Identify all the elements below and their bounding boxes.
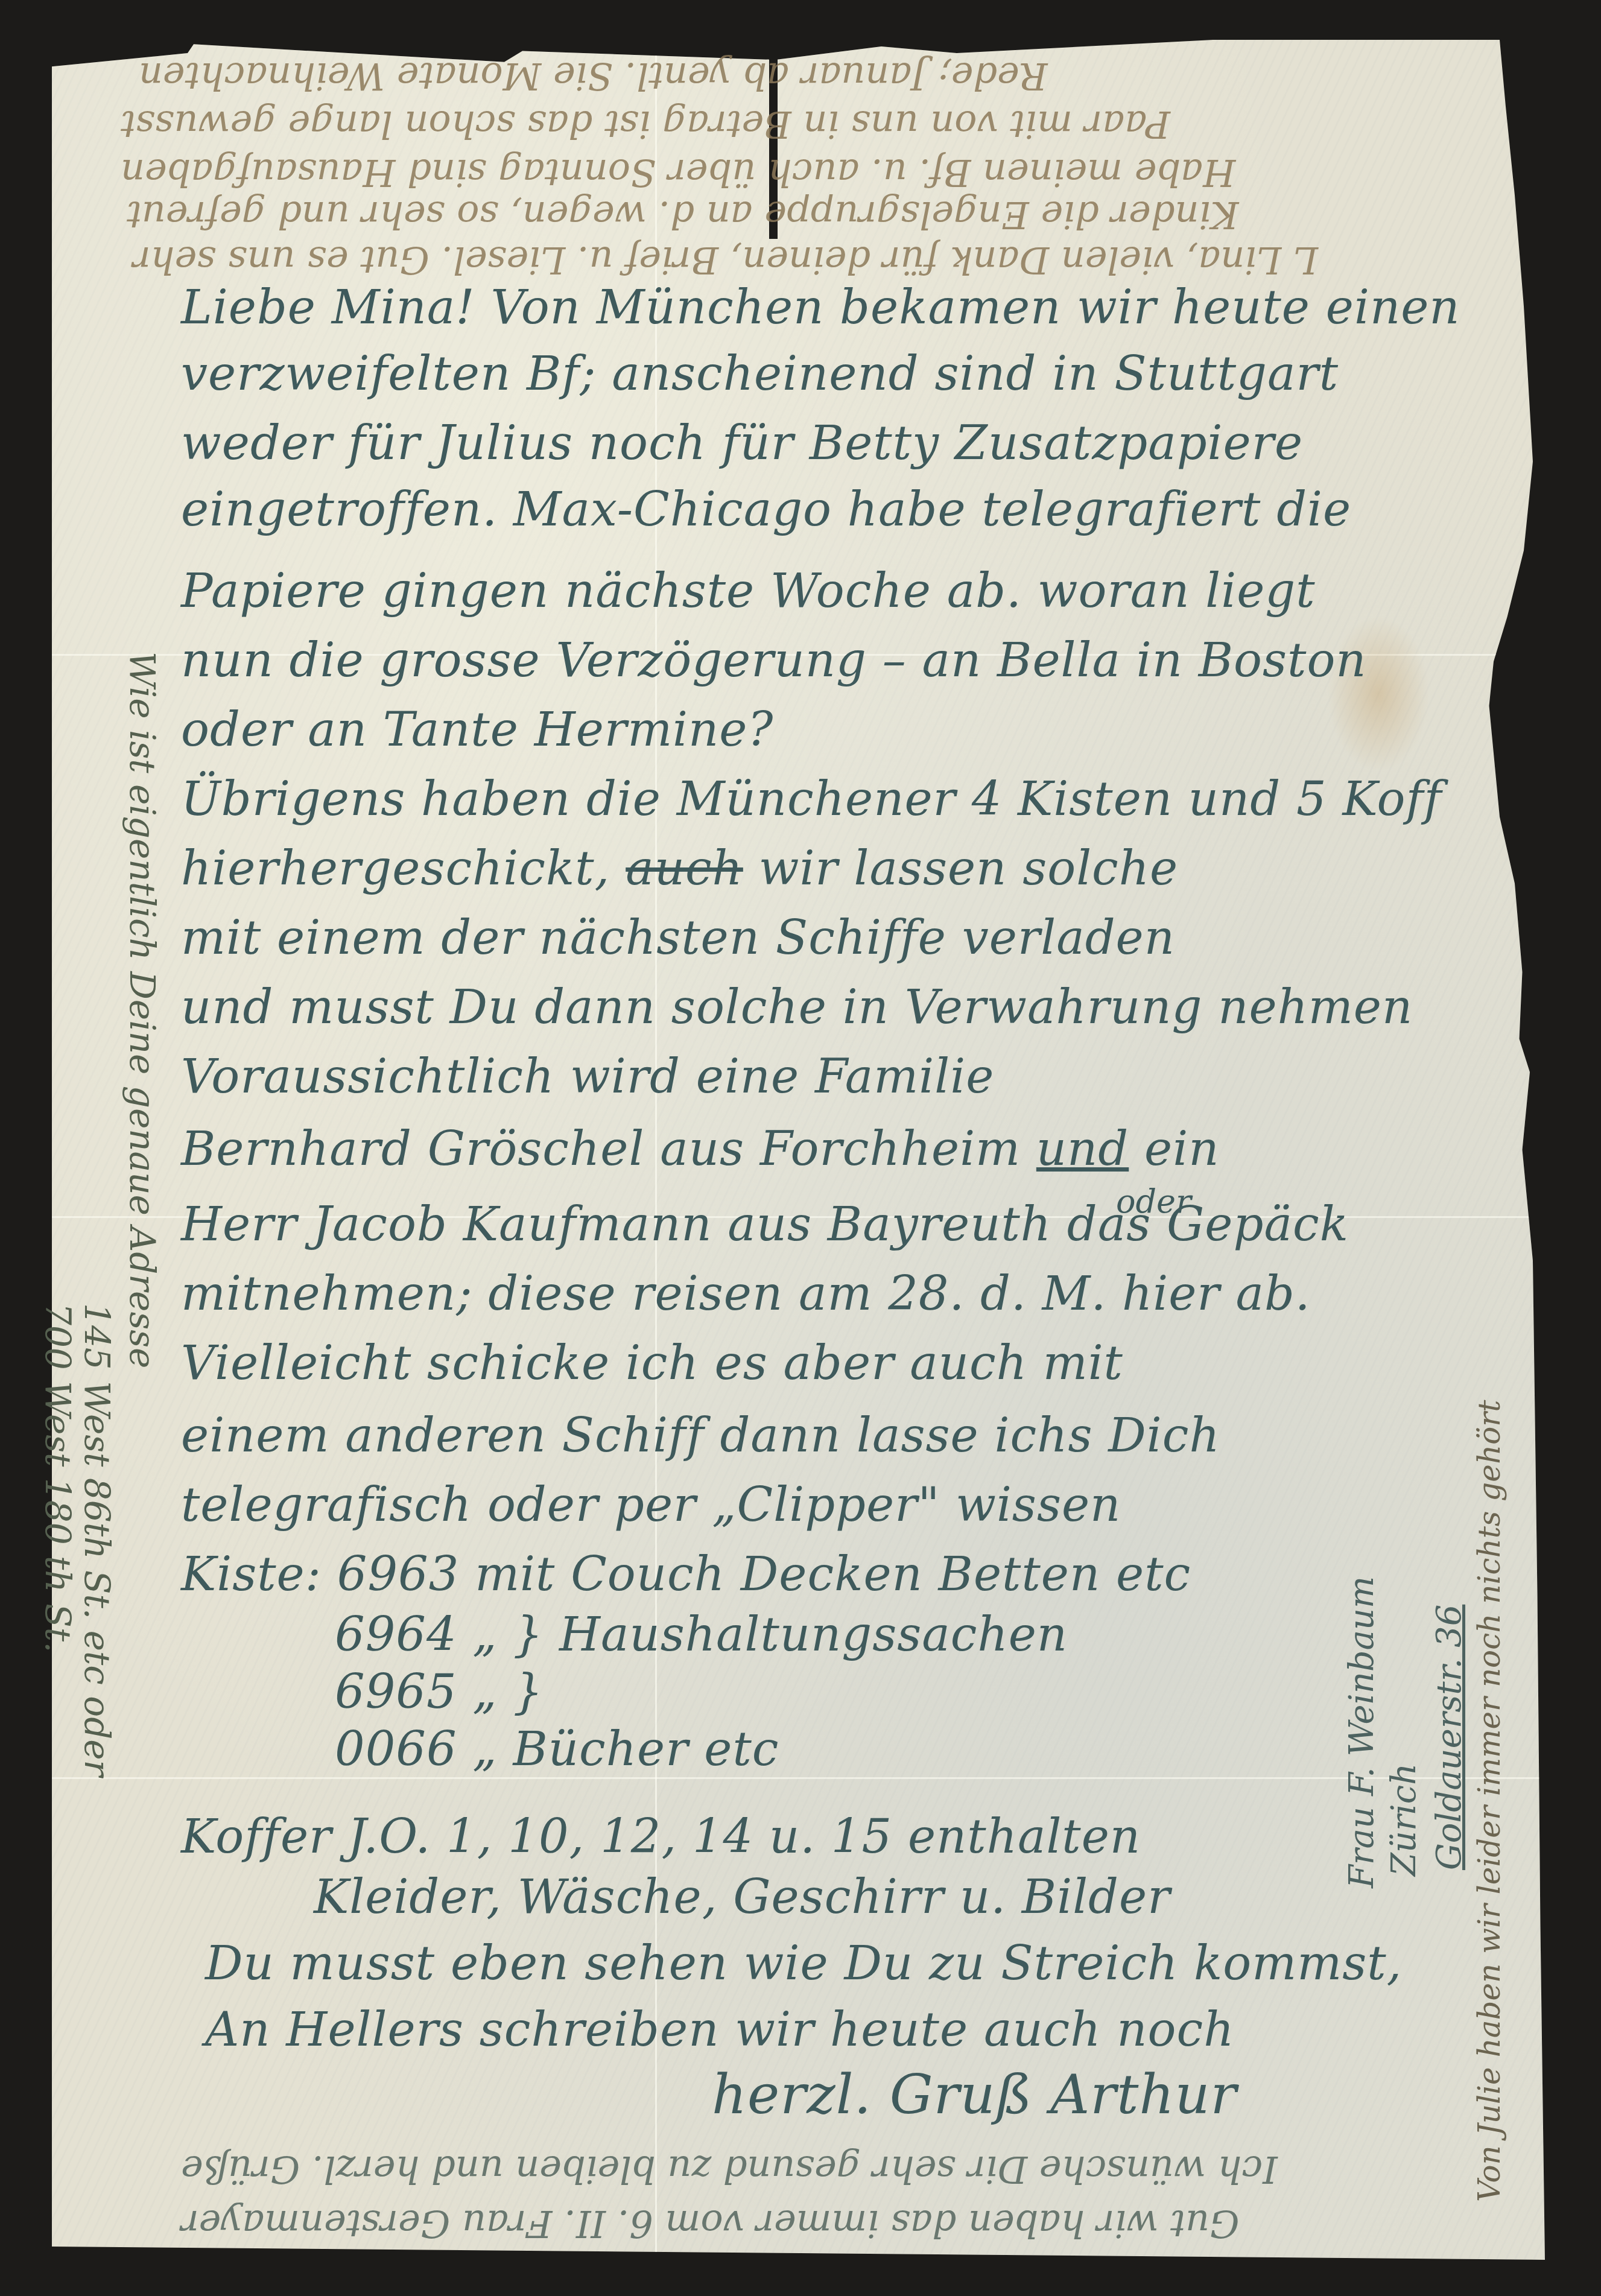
address-street: Goldauerstr. 36 — [1430, 1605, 1469, 1870]
kiste-row: 6965 „ } — [335, 1665, 544, 1719]
body-line: Herr Jacob Kaufmann aus Bayreuth das Gep… — [181, 1197, 1349, 1252]
body-line: Papiere gingen nächste Woche ab. woran l… — [181, 564, 1316, 618]
margin-note-right: Von Julie haben wir leider immer noch ni… — [1472, 1400, 1507, 2202]
body-line: weder für Julius noch für Betty Zusatzpa… — [181, 416, 1303, 471]
body-line: oder an Tante Hermine? — [181, 703, 773, 757]
body-line: einem anderen Schiff dann lasse ichs Dic… — [181, 1409, 1220, 1463]
body-line: Übrigens haben die Münchener 4 Kisten un… — [181, 772, 1442, 826]
koffer-label: Koffer — [181, 1810, 332, 1864]
kiste-row: 6964 „ } Haushaltungssachen — [335, 1608, 1068, 1662]
signature: Arthur — [1050, 2063, 1237, 2126]
body-line: hierhergeschickt, auch wir lassen solche — [181, 842, 1178, 896]
header-line: L Lina, vielen Dank für deinen, Brief u.… — [133, 238, 1318, 282]
body-line-text: hierhergeschickt, auch wir lassen solche — [181, 842, 1178, 896]
closing-line: Du musst eben sehen wie Du zu Streich ko… — [205, 1936, 1402, 1991]
body-line: nun die grosse Verzögerung – an Bella in… — [181, 633, 1367, 688]
kiste-label: Kiste: — [181, 1547, 322, 1602]
header-line: Rede; Januar ab yentl. Sie Monate Weihna… — [139, 54, 1047, 98]
underlined-word: und — [1036, 1122, 1129, 1176]
body-line: mitnehmen; diese reisen am 28. d. M. hie… — [181, 1267, 1311, 1321]
kiste-content: mit Couch Decken Betten etc — [475, 1547, 1191, 1602]
body-line: telegrafisch oder per „Clipper" wissen — [181, 1478, 1121, 1532]
koffer-row: Koffer J.O. 1, 10, 12, 14 u. 15 enthalte… — [181, 1810, 1141, 1864]
address-city: Zürich — [1384, 1763, 1424, 1876]
footer-line: Ich wünsche Dir sehr gesund zu bleiben u… — [181, 2148, 1278, 2192]
fold-crease-horizontal — [52, 1777, 1560, 1779]
signature-block: herzl. Gruß Arthur — [712, 2063, 1237, 2126]
kiste-content: „ Bücher etc — [472, 1722, 779, 1777]
body-line: mit einem der nächsten Schiffe verladen — [181, 911, 1175, 965]
kiste-content: „ } Haushaltungssachen — [472, 1608, 1068, 1662]
greeting: herzl. Gruß — [712, 2063, 1033, 2126]
margin-line: 700 West 180 th St. — [37, 1303, 78, 1653]
kiste-number: 6963 — [337, 1547, 460, 1602]
struck-word: auch — [626, 842, 743, 896]
body-line: Voraussichtlich wird eine Familie — [181, 1050, 994, 1104]
body-line: Bernhard Gröschel aus Forchheim und ein — [181, 1122, 1219, 1176]
margin-line: 145 West 86th St. etc oder — [77, 1303, 118, 1777]
koffer-numbers: J.O. 1, 10, 12, 14 u. 15 enthalten — [347, 1810, 1141, 1864]
body-line: verzweifelten Bf; anscheinend sind in St… — [181, 347, 1339, 401]
header-line: Habe meinen Bf. u. auch über Sonntag sin… — [121, 151, 1235, 195]
kiste-content: „ } — [472, 1665, 544, 1719]
closing-line: An Hellers schreiben wir heute auch noch — [205, 2003, 1234, 2057]
kiste-row: 0066 „ Bücher etc — [335, 1722, 779, 1777]
body-line: Liebe Mina! Von München bekamen wir heut… — [181, 281, 1460, 335]
kiste-number: 6965 — [335, 1665, 457, 1719]
body-line: Vielleicht schicke ich es aber auch mit — [181, 1336, 1123, 1391]
kiste-number: 0066 — [335, 1722, 457, 1777]
header-line: Kinder die Engelsgruppe an d. wegen, so … — [127, 193, 1239, 237]
koffer-content: Kleider, Wäsche, Geschirr u. Bilder — [314, 1870, 1170, 1924]
margin-line: Wie ist eigentlich Deine genaue Adresse — [122, 652, 163, 1368]
header-line: Paar mit von uns in Betrag ist das schon… — [121, 103, 1170, 147]
body-line: und musst Du dann solche in Verwahrung n… — [181, 980, 1413, 1035]
body-line: eingetroffen. Max-Chicago habe telegrafi… — [181, 483, 1351, 537]
kiste-row: Kiste: 6963 mit Couch Decken Betten etc — [181, 1547, 1191, 1602]
address-name: Frau F. Weinbaum — [1342, 1576, 1381, 1888]
footer-line: Gut wir haben das immer vom 6. II. Frau … — [181, 2202, 1240, 2246]
kiste-number: 6964 — [335, 1608, 457, 1662]
